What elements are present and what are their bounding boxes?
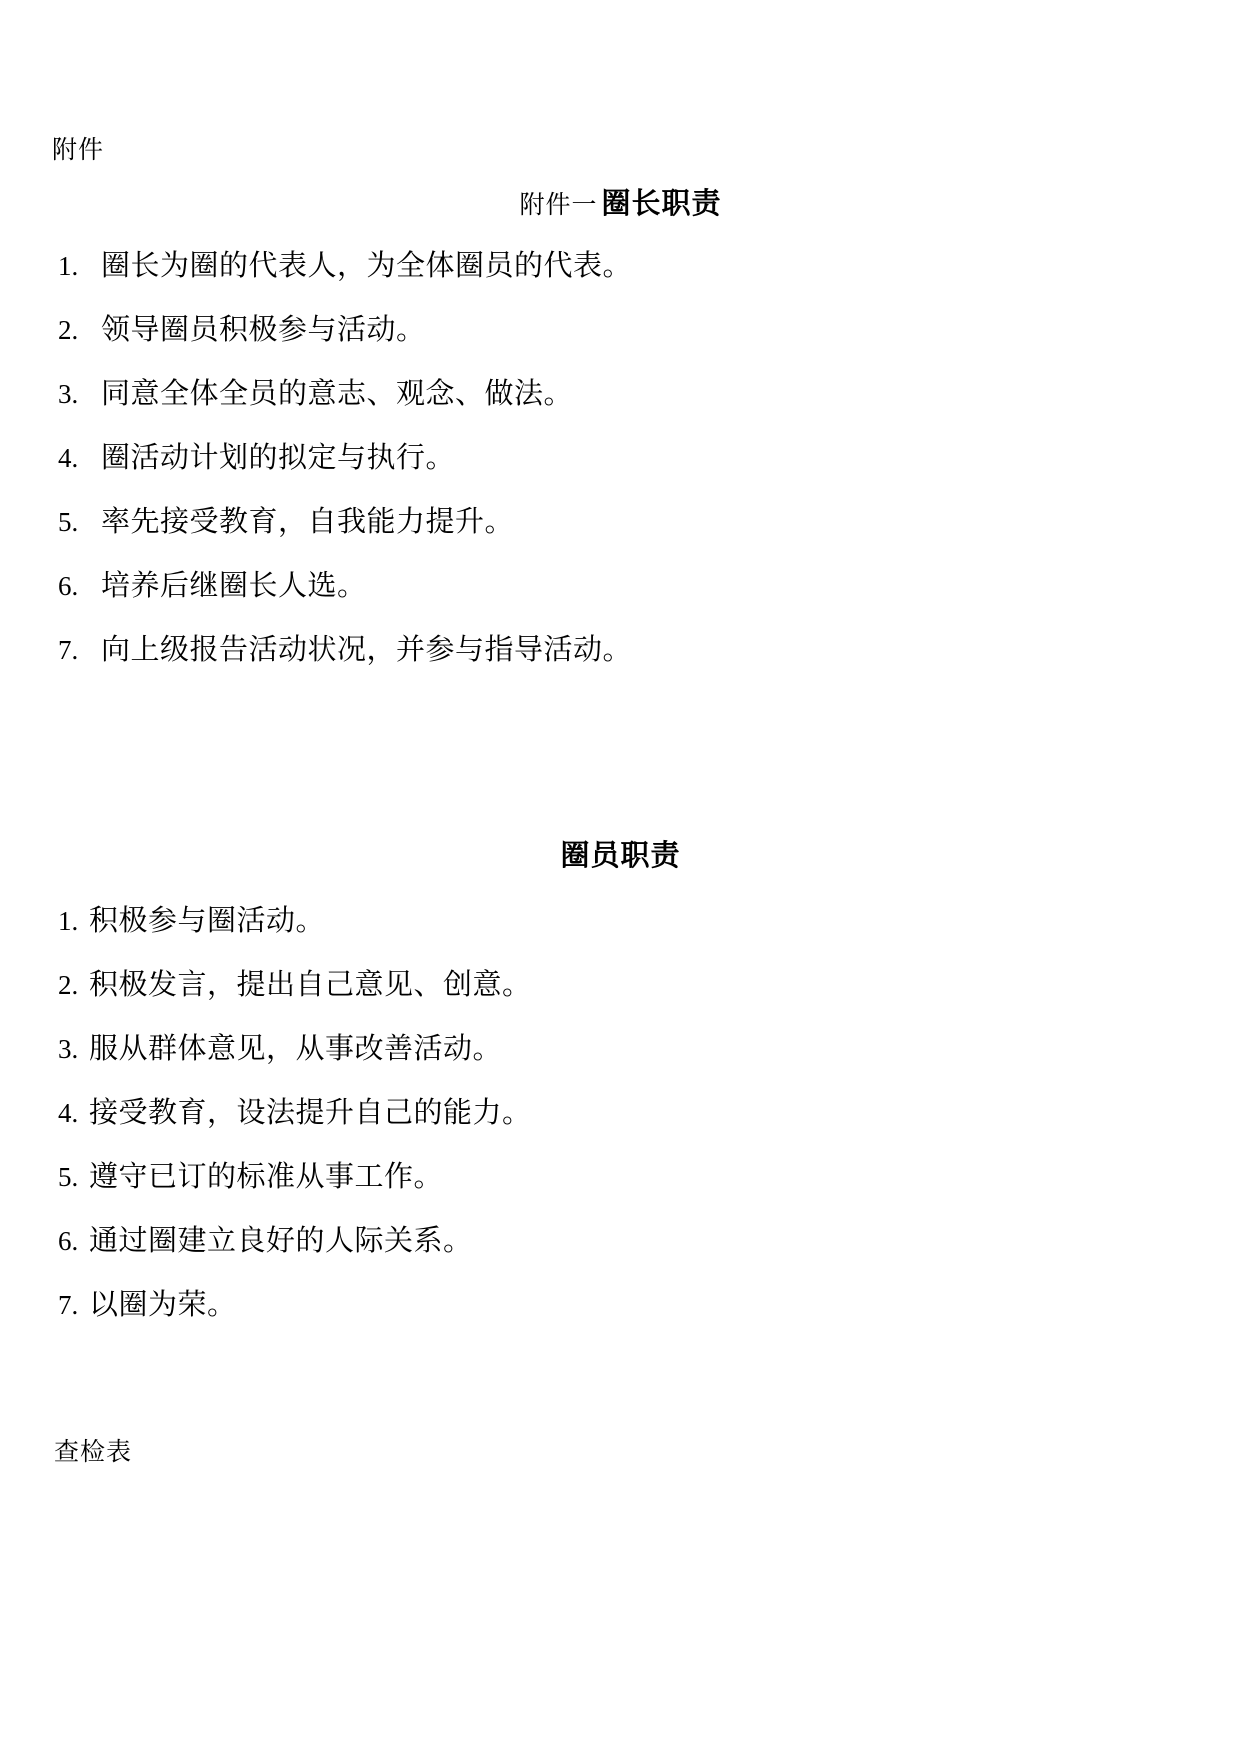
item-text: 遵守已订的标准从事工作。	[89, 1161, 443, 1193]
list-item: 2. 领导圈员积极参与活动。	[58, 314, 632, 346]
list-item: 2. 积极发言，提出自己意见、创意。	[58, 969, 532, 1001]
attachment-label: 附件	[52, 136, 104, 166]
item-text: 通过圈建立良好的人际关系。	[89, 1225, 473, 1257]
item-number: 5.	[58, 506, 101, 538]
item-text: 积极发言，提出自己意见、创意。	[89, 969, 532, 1001]
item-text: 以圈为荣。	[89, 1289, 237, 1321]
section2-heading: 圈员职责	[0, 836, 1241, 881]
item-text: 圈活动计划的拟定与执行。	[101, 442, 455, 474]
item-number: 7.	[58, 1289, 89, 1321]
list-item: 4. 圈活动计划的拟定与执行。	[58, 442, 632, 474]
list-item: 6. 通过圈建立良好的人际关系。	[58, 1225, 532, 1257]
section1-heading: 附件一 圈长职责	[0, 184, 1241, 229]
item-text: 领导圈员积极参与活动。	[101, 314, 426, 346]
document-page: 附件 附件一 圈长职责 1. 圈长为圈的代表人，为全体圈员的代表。 2. 领导圈…	[0, 0, 1241, 1754]
item-number: 5.	[58, 1161, 89, 1193]
checklist-label: 查检表	[54, 1438, 132, 1468]
item-number: 3.	[58, 378, 101, 410]
list-item: 6. 培养后继圈长人选。	[58, 570, 632, 602]
item-text: 服从群体意见，从事改善活动。	[89, 1033, 502, 1065]
item-number: 2.	[58, 969, 89, 1001]
list-item: 5. 率先接受教育，自我能力提升。	[58, 506, 632, 538]
item-number: 7.	[58, 634, 101, 666]
list-item: 5. 遵守已订的标准从事工作。	[58, 1161, 532, 1193]
item-text: 率先接受教育，自我能力提升。	[101, 506, 514, 538]
item-number: 6.	[58, 1225, 89, 1257]
item-number: 4.	[58, 442, 101, 474]
item-text: 培养后继圈长人选。	[101, 570, 367, 602]
item-text: 接受教育，设法提升自己的能力。	[89, 1097, 532, 1129]
item-number: 6.	[58, 570, 101, 602]
list-item: 7. 向上级报告活动状况，并参与指导活动。	[58, 634, 632, 666]
item-text: 向上级报告活动状况，并参与指导活动。	[101, 634, 632, 666]
list-item: 1. 积极参与圈活动。	[58, 905, 532, 937]
item-text: 圈长为圈的代表人，为全体圈员的代表。	[101, 250, 632, 282]
item-number: 4.	[58, 1097, 89, 1129]
list-item: 1. 圈长为圈的代表人，为全体圈员的代表。	[58, 250, 632, 282]
item-text: 同意全体全员的意志、观念、做法。	[101, 378, 573, 410]
list-item: 7. 以圈为荣。	[58, 1289, 532, 1321]
item-text: 积极参与圈活动。	[89, 905, 325, 937]
list-item: 3. 同意全体全员的意志、观念、做法。	[58, 378, 632, 410]
list-item: 4. 接受教育，设法提升自己的能力。	[58, 1097, 532, 1129]
item-number: 2.	[58, 314, 101, 346]
leader-duties-list: 1. 圈长为圈的代表人，为全体圈员的代表。 2. 领导圈员积极参与活动。 3. …	[58, 250, 632, 698]
section2-heading-title: 圈员职责	[560, 840, 680, 872]
item-number: 3.	[58, 1033, 89, 1065]
section1-heading-title: 圈长职责	[602, 188, 722, 220]
member-duties-list: 1. 积极参与圈活动。 2. 积极发言，提出自己意见、创意。 3. 服从群体意见…	[58, 905, 532, 1353]
list-item: 3. 服从群体意见，从事改善活动。	[58, 1033, 532, 1065]
section1-heading-prefix: 附件一	[519, 192, 597, 219]
item-number: 1.	[58, 250, 101, 282]
item-number: 1.	[58, 905, 89, 937]
